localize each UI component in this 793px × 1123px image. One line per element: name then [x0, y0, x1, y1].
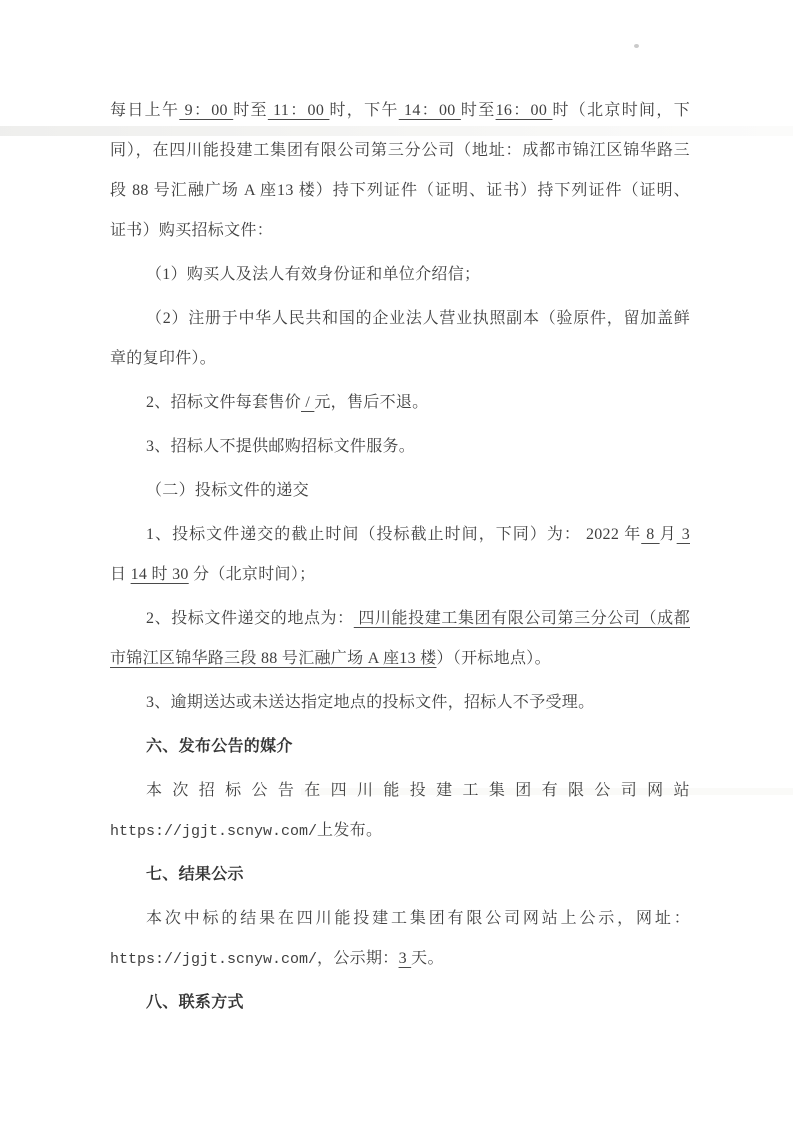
url-text: https://jgjt.scnyw.com/ [110, 823, 317, 840]
filled-blank: 3 [677, 526, 690, 543]
spread-char: 在 [304, 771, 320, 811]
spread-char: 公 [594, 771, 610, 811]
text-run: （1）购买人及法人有效身份证和单位介绍信； [146, 266, 480, 283]
text-run: 证书）购买招标文件： [110, 222, 273, 239]
filled-blank: 9：00 [179, 102, 233, 119]
filled-blank: 14：00 [399, 102, 461, 119]
text-run: 2、投标文件递交的地点为： [146, 610, 354, 627]
text-run: 时，下午 [329, 102, 398, 119]
spread-char: 川 [357, 771, 373, 811]
filled-blank: 11：00 [268, 102, 330, 119]
line-result-2: https://jgjt.scnyw.com/，公示期：3 天。 [110, 939, 690, 979]
line-heading-media: 六、发布公告的媒介 [110, 727, 690, 767]
filled-blank: 16：00 [496, 102, 553, 119]
filled-blank: 四川能投建工集团有限公司第三分公司（成都 [354, 610, 690, 627]
text-run: （二）投标文件的递交 [146, 482, 309, 499]
spread-char: 建 [436, 771, 452, 811]
text-run: 3、招标人不提供邮购招标文件服务。 [146, 438, 415, 455]
url-text: https://jgjt.scnyw.com/ [110, 951, 317, 968]
text-run: 七、结果公示 [146, 866, 244, 883]
line-place-1: 2、投标文件递交的地点为： 四川能投建工集团有限公司第三分公司（成都 [110, 599, 690, 639]
spread-char: 司 [621, 771, 637, 811]
line-media-1: 本次招标公告在四川能投建工集团有限公司网站 [110, 771, 690, 811]
line-heading-contact: 八、联系方式 [110, 983, 690, 1023]
spread-char: 次 [172, 771, 188, 811]
line-no-mail: 3、招标人不提供邮购招标文件服务。 [110, 427, 690, 467]
spread-char: 工 [463, 771, 479, 811]
text-run: 分（北京时间）； [189, 566, 316, 583]
line-heading-result: 七、结果公示 [110, 855, 690, 895]
line-cert-2: （2）注册于中华人民共和国的企业法人营业执照副本（验原件，留加盖鲜 [110, 299, 690, 339]
spread-char: 标 [225, 771, 241, 811]
line-sale-time-3: 段 88 号汇融广场 A 座13 楼）持下列证件（证明、证书）持下列证件（证明、 [110, 171, 690, 211]
text-run: 同），在四川能投建工集团有限公司第三分公司（地址：成都市锦江区锦华路三 [110, 142, 690, 159]
text-run: 六、发布公告的媒介 [146, 738, 293, 755]
line-price: 2、招标文件每套售价 / 元，售后不退。 [110, 383, 690, 423]
spread-char: 能 [383, 771, 399, 811]
spread-char: 公 [252, 771, 268, 811]
line-sale-time-1: 每日上午 9：00 时至 11：00 时，下午 14：00 时至16：00 时（… [110, 91, 690, 131]
scan-speck [634, 44, 639, 48]
text-run: 时至 [233, 102, 268, 119]
text-run: （2）注册于中华人民共和国的企业法人营业执照副本（验原件，留加盖鲜 [146, 310, 690, 327]
line-sale-time-4: 证书）购买招标文件： [110, 211, 690, 251]
text-run: 时至 [461, 102, 496, 119]
spread-char: 招 [199, 771, 215, 811]
line-place-2: 市锦江区锦华路三段 88 号汇融广场 A 座13 楼）（开标地点）。 [110, 639, 690, 679]
text-run: 段 88 号汇融广场 A 座13 楼）持下列证件（证明、证书）持下列证件（证明、 [110, 182, 690, 199]
spread-char: 告 [278, 771, 294, 811]
document-text: 每日上午 9：00 时至 11：00 时，下午 14：00 时至16：00 时（… [110, 91, 690, 1023]
line-cert-1: （1）购买人及法人有效身份证和单位介绍信； [110, 255, 690, 295]
line-cert-2b: 章的复印件）。 [110, 339, 690, 379]
text-run: 时（北京时间，下 [552, 102, 690, 119]
filled-blank: 3 [399, 950, 412, 967]
text-run: ，公示期： [317, 950, 399, 967]
spread-char: 站 [674, 771, 690, 811]
text-run: 3、逾期送达或未送达指定地点的投标文件，招标人不予受理。 [146, 694, 594, 711]
spread-char: 四 [331, 771, 347, 811]
text-run: 2、招标文件每套售价 [146, 394, 301, 411]
text-run: 章的复印件）。 [110, 350, 216, 367]
filled-blank: 市锦江区锦华路三段 88 号汇融广场 A 座13 楼 [110, 650, 436, 667]
text-run: ）（开标地点）。 [436, 650, 550, 667]
line-section-submit: （二）投标文件的递交 [110, 471, 690, 511]
line-late: 3、逾期送达或未送达指定地点的投标文件，招标人不予受理。 [110, 683, 690, 723]
text-run: 1、投标文件递交的截止时间（投标截止时间，下同）为： 2022 年 [146, 526, 641, 543]
filled-blank: 8 [641, 526, 659, 543]
text-run: 本次中标的结果在四川能投建工集团有限公司网站上公示，网址： [146, 910, 690, 927]
spread-char: 团 [515, 771, 531, 811]
spread-char: 集 [489, 771, 505, 811]
spread-char: 限 [568, 771, 584, 811]
text-run: 八、联系方式 [146, 994, 244, 1011]
filled-blank: 14 时 30 [131, 566, 189, 583]
spread-char: 投 [410, 771, 426, 811]
text-run: 日 [110, 566, 131, 583]
filled-blank: / [301, 394, 314, 411]
document-page: 每日上午 9：00 时至 11：00 时，下午 14：00 时至16：00 时（… [0, 0, 793, 1123]
text-run: 元，售后不退。 [314, 394, 428, 411]
line-result-1: 本次中标的结果在四川能投建工集团有限公司网站上公示，网址： [110, 899, 690, 939]
line-media-2: https://jgjt.scnyw.com/上发布。 [110, 811, 690, 851]
text-run: 每日上午 [110, 102, 179, 119]
line-deadline-1: 1、投标文件递交的截止时间（投标截止时间，下同）为： 2022 年 8 月 3 [110, 515, 690, 555]
spread-char: 有 [542, 771, 558, 811]
line-deadline-2: 日 14 时 30 分（北京时间）； [110, 555, 690, 595]
text-run: 上发布。 [317, 822, 382, 839]
text-run: 月 [660, 526, 677, 543]
line-sale-time-2: 同），在四川能投建工集团有限公司第三分公司（地址：成都市锦江区锦华路三 [110, 131, 690, 171]
spread-char: 本 [146, 771, 162, 811]
spread-char: 网 [647, 771, 663, 811]
text-run: 天。 [411, 950, 444, 967]
